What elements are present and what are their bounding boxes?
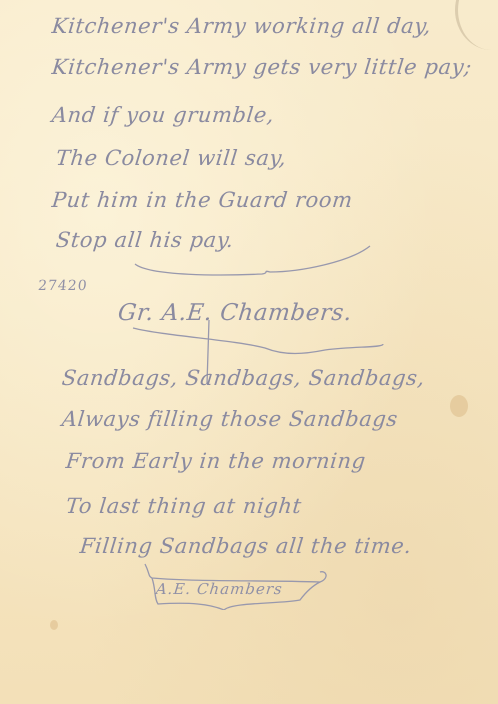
verse-line: And if you grumble, — [51, 103, 276, 127]
brace-flourish-icon — [130, 240, 380, 280]
verse-line: Kitchener's Army working all day, — [51, 14, 433, 38]
verse-line: From Early in the morning — [65, 449, 367, 473]
service-number: 27420 — [37, 278, 88, 294]
verse-line: Put him in the Guard room — [51, 188, 354, 212]
paper-stain — [450, 395, 468, 417]
verse-line: Always filling those Sandbags — [61, 407, 399, 431]
verse-line: The Colonel will say, — [55, 146, 288, 170]
verse-line: Sandbags, Sandbags, Sandbags, — [61, 366, 426, 390]
verse-line: To last thing at night — [65, 494, 303, 518]
manuscript-page: Kitchener's Army working all day, Kitche… — [0, 0, 498, 704]
paper-stain — [50, 620, 58, 630]
signature-name-2: A.E. Chambers — [155, 580, 284, 598]
verse-line: Filling Sandbags all the time. — [79, 534, 413, 558]
verse-line: Kitchener's Army gets very little pay; — [51, 55, 473, 79]
